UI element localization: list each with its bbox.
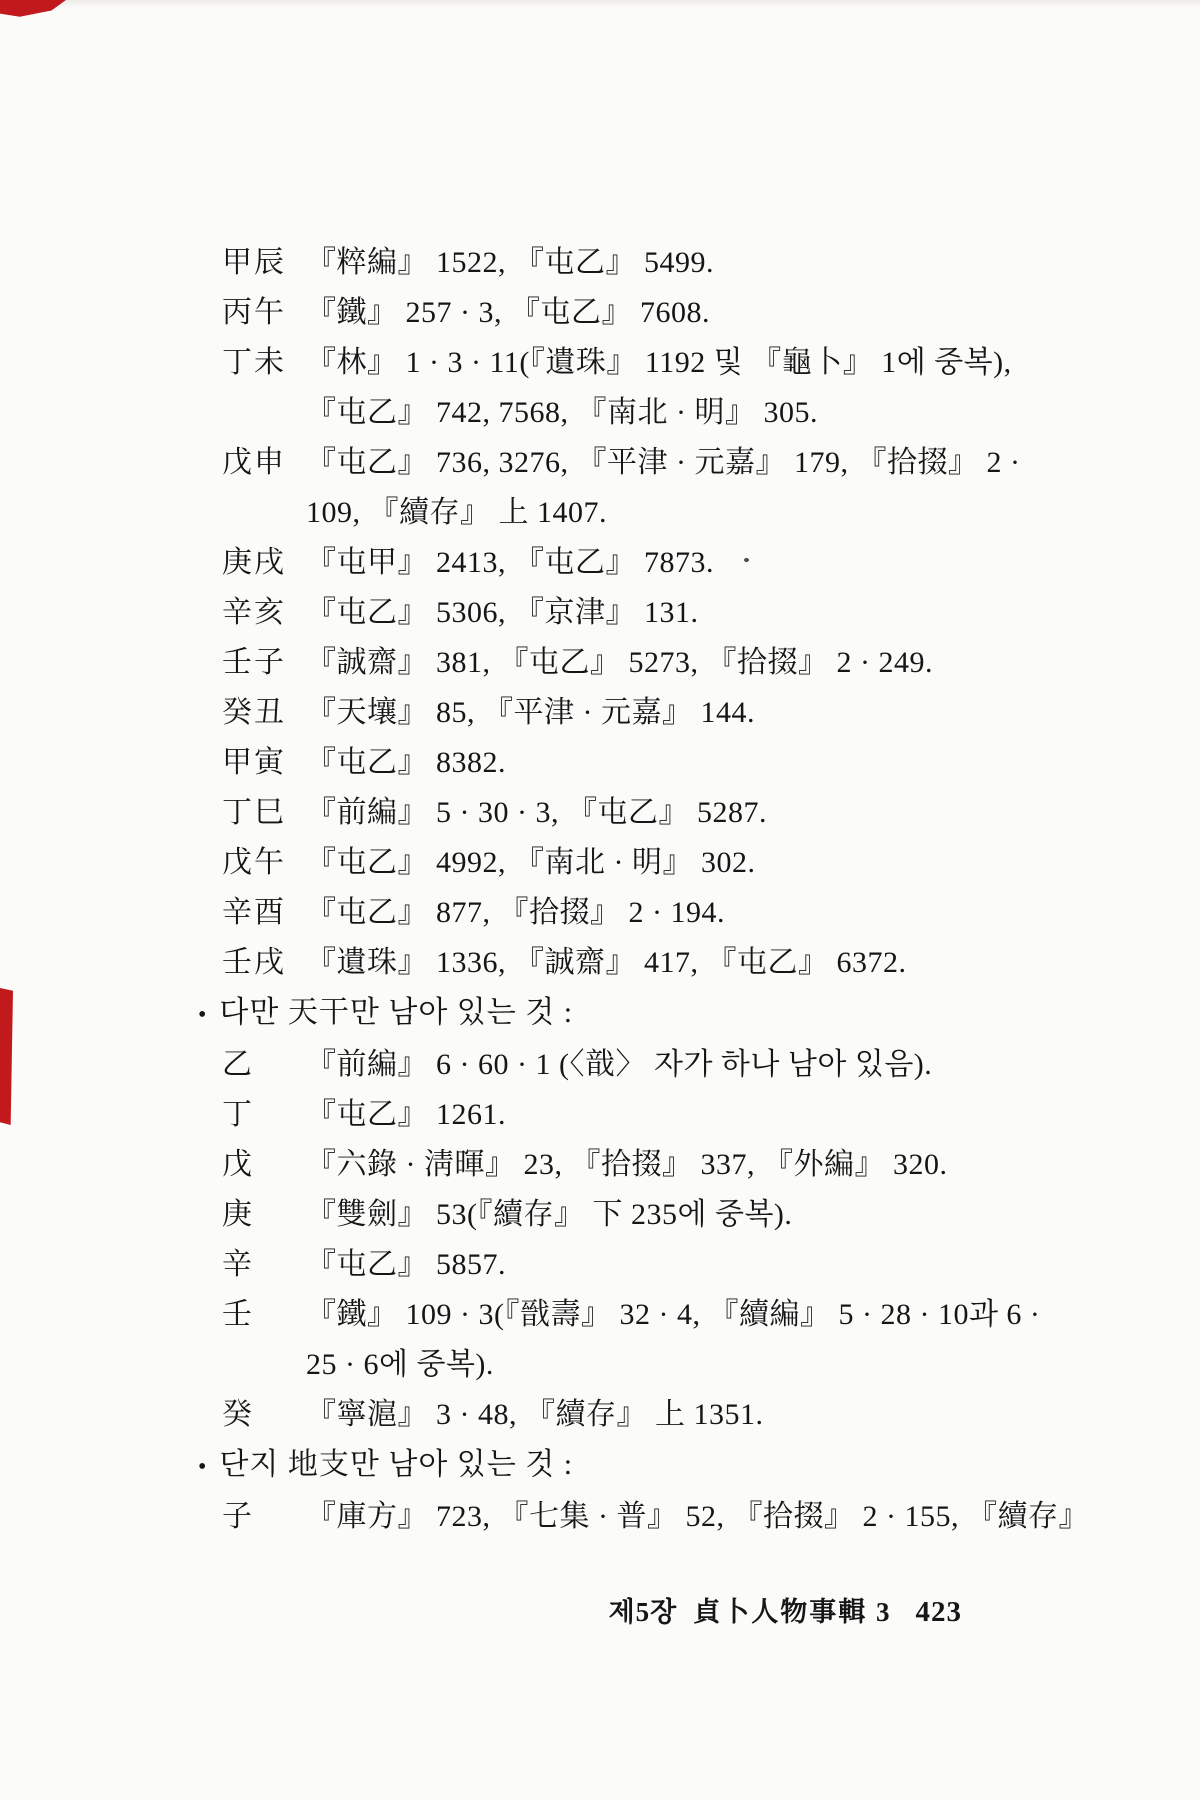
footer-book-title: 貞卜人物事輯 3	[693, 1590, 891, 1629]
entry-row: 子『庫方』 723, 『七集 · 普』 52, 『拾掇』 2 · 155, 『續…	[0, 1492, 1040, 1542]
entry-row: 戊『六錄 · 淸暉』 23, 『拾掇』 337, 『外編』 320.	[0, 1140, 1040, 1190]
ganzhi-label: 子	[222, 1492, 306, 1542]
entry-row: 庚戌『屯甲』 2413, 『屯乙』 7873.	[0, 538, 1040, 588]
entry-references: 『六錄 · 淸暉』 23, 『拾掇』 337, 『外編』 320.	[306, 1140, 1040, 1190]
bullet-text: 단지 地支만 남아 있는 것 :	[219, 1440, 573, 1490]
entry-row: 戊申『屯乙』 736, 3276, 『平津 · 元嘉』 179, 『拾掇』 2 …	[0, 438, 1040, 538]
entry-row: 甲辰『粹編』 1522, 『屯乙』 5499.	[0, 238, 1040, 288]
entry-references: 『前編』 6 · 60 · 1 (〈戠〉 자가 하나 남아 있음).	[306, 1040, 1040, 1090]
scan-artifact-top-left	[0, 0, 66, 19]
entry-references: 『林』 1 · 3 · 11(『遺珠』 1192 및 『龜卜』 1에 중복),『…	[306, 338, 1040, 438]
entry-references: 『寧滬』 3 · 48, 『續存』 上 1351.	[306, 1390, 1040, 1440]
entry-references: 『誠齋』 381, 『屯乙』 5273, 『拾掇』 2 · 249.	[306, 638, 1040, 688]
reference-line: 『六錄 · 淸暉』 23, 『拾掇』 337, 『外編』 320.	[306, 1140, 1040, 1190]
ganzhi-label: 乙	[222, 1040, 306, 1090]
entry-row: 戊午『屯乙』 4992, 『南北 · 明』 302.	[0, 838, 1040, 888]
reference-line: 『屯乙』 736, 3276, 『平津 · 元嘉』 179, 『拾掇』 2 ·	[306, 438, 1040, 488]
ganzhi-label: 丁未	[222, 338, 306, 388]
ganzhi-label: 戊申	[222, 438, 306, 488]
entry-references: 『屯乙』 877, 『拾掇』 2 · 194.	[306, 888, 1040, 938]
entry-row: 庚『雙劍』 53(『續存』 下 235에 중복).	[0, 1190, 1040, 1240]
footer-page-number: 423	[916, 1596, 963, 1629]
ganzhi-label: 壬戌	[222, 938, 306, 988]
reference-line: 『屯乙』 5306, 『京津』 131.	[306, 588, 1040, 638]
reference-line: 『粹編』 1522, 『屯乙』 5499.	[306, 238, 1040, 288]
ganzhi-label: 丙午	[222, 288, 306, 338]
ganzhi-label: 戊	[222, 1140, 306, 1190]
entry-row: 丁『屯乙』 1261.	[0, 1090, 1040, 1140]
entry-references: 『屯乙』 4992, 『南北 · 明』 302.	[306, 838, 1040, 888]
reference-line: 109, 『續存』 上 1407.	[306, 488, 1040, 538]
reference-line: 『屯乙』 8382.	[306, 738, 1040, 788]
bullet-heading: •단지 地支만 남아 있는 것 :	[198, 1440, 1040, 1492]
reference-line: 『屯乙』 877, 『拾掇』 2 · 194.	[306, 888, 1040, 938]
reference-line: 『屯乙』 742, 7568, 『南北 · 明』 305.	[306, 388, 1040, 438]
bullet-heading: •다만 天干만 남아 있는 것 :	[198, 988, 1040, 1040]
entry-references: 『遺珠』 1336, 『誠齋』 417, 『屯乙』 6372.	[306, 938, 1040, 988]
entry-references: 『庫方』 723, 『七集 · 普』 52, 『拾掇』 2 · 155, 『續存…	[306, 1492, 1040, 1542]
ganzhi-label: 甲寅	[222, 738, 306, 788]
entry-references: 『鐵』 109 · 3(『戩壽』 32 · 4, 『續編』 5 · 28 · 1…	[306, 1290, 1040, 1390]
ganzhi-label: 壬子	[222, 638, 306, 688]
entry-row: 壬『鐵』 109 · 3(『戩壽』 32 · 4, 『續編』 5 · 28 · …	[0, 1290, 1040, 1390]
ganzhi-label: 辛	[222, 1240, 306, 1290]
entry-references: 『前編』 5 · 30 · 3, 『屯乙』 5287.	[306, 788, 1040, 838]
bullet-icon: •	[198, 1442, 207, 1492]
entry-row: 丁巳『前編』 5 · 30 · 3, 『屯乙』 5287.	[0, 788, 1040, 838]
reference-line: 『寧滬』 3 · 48, 『續存』 上 1351.	[306, 1390, 1040, 1440]
entry-row: 甲寅『屯乙』 8382.	[0, 738, 1040, 788]
bullet-text: 다만 天干만 남아 있는 것 :	[219, 988, 573, 1038]
entry-references: 『屯乙』 8382.	[306, 738, 1040, 788]
entry-references: 『屯乙』 5306, 『京津』 131.	[306, 588, 1040, 638]
entry-references: 『屯乙』 736, 3276, 『平津 · 元嘉』 179, 『拾掇』 2 ·1…	[306, 438, 1040, 538]
reference-line: 『鐵』 109 · 3(『戩壽』 32 · 4, 『續編』 5 · 28 · 1…	[306, 1290, 1040, 1340]
entry-row: 辛『屯乙』 5857.	[0, 1240, 1040, 1290]
entry-references: 『鐵』 257 · 3, 『屯乙』 7608.	[306, 288, 1040, 338]
reference-line: 『前編』 5 · 30 · 3, 『屯乙』 5287.	[306, 788, 1040, 838]
entry-row: 癸『寧滬』 3 · 48, 『續存』 上 1351.	[0, 1390, 1040, 1440]
reference-entry-list: 甲辰『粹編』 1522, 『屯乙』 5499.丙午『鐵』 257 · 3, 『屯…	[0, 238, 1040, 1542]
entry-row: 辛酉『屯乙』 877, 『拾掇』 2 · 194.	[0, 888, 1040, 938]
entry-references: 『雙劍』 53(『續存』 下 235에 중복).	[306, 1190, 1040, 1240]
ganzhi-label: 戊午	[222, 838, 306, 888]
reference-line: 『遺珠』 1336, 『誠齋』 417, 『屯乙』 6372.	[306, 938, 1040, 988]
entry-references: 『粹編』 1522, 『屯乙』 5499.	[306, 238, 1040, 288]
entry-references: 『屯乙』 1261.	[306, 1090, 1040, 1140]
entry-row: 壬子『誠齋』 381, 『屯乙』 5273, 『拾掇』 2 · 249.	[0, 638, 1040, 688]
entry-row: 丁未『林』 1 · 3 · 11(『遺珠』 1192 및 『龜卜』 1에 중복)…	[0, 338, 1040, 438]
reference-line: 『林』 1 · 3 · 11(『遺珠』 1192 및 『龜卜』 1에 중복),	[306, 338, 1040, 388]
ganzhi-label: 丁巳	[222, 788, 306, 838]
bullet-icon: •	[198, 990, 207, 1040]
reference-line: 25 · 6에 중복).	[306, 1340, 1040, 1390]
ganzhi-label: 庚戌	[222, 538, 306, 588]
entry-row: 癸丑『天壤』 85, 『平津 · 元嘉』 144.	[0, 688, 1040, 738]
entry-row: 丙午『鐵』 257 · 3, 『屯乙』 7608.	[0, 288, 1040, 338]
reference-line: 『鐵』 257 · 3, 『屯乙』 7608.	[306, 288, 1040, 338]
reference-line: 『屯乙』 5857.	[306, 1240, 1040, 1290]
reference-line: 『屯乙』 1261.	[306, 1090, 1040, 1140]
ganzhi-label: 癸	[222, 1390, 306, 1440]
reference-line: 『誠齋』 381, 『屯乙』 5273, 『拾掇』 2 · 249.	[306, 638, 1040, 688]
footer-chapter-label: 제5장	[609, 1590, 678, 1629]
entry-references: 『屯甲』 2413, 『屯乙』 7873.	[306, 538, 1040, 588]
entry-references: 『天壤』 85, 『平津 · 元嘉』 144.	[306, 688, 1040, 738]
ganzhi-label: 癸丑	[222, 688, 306, 738]
entry-row: 辛亥『屯乙』 5306, 『京津』 131.	[0, 588, 1040, 638]
ganzhi-label: 庚	[222, 1190, 306, 1240]
reference-line: 『庫方』 723, 『七集 · 普』 52, 『拾掇』 2 · 155, 『續存…	[306, 1492, 1040, 1542]
page-footer: 제5장 貞卜人物事輯 3 423	[609, 1590, 962, 1629]
reference-line: 『天壤』 85, 『平津 · 元嘉』 144.	[306, 688, 1040, 738]
ganzhi-label: 辛亥	[222, 588, 306, 638]
reference-line: 『雙劍』 53(『續存』 下 235에 중복).	[306, 1190, 1040, 1240]
entry-row: 乙『前編』 6 · 60 · 1 (〈戠〉 자가 하나 남아 있음).	[0, 1040, 1040, 1090]
reference-line: 『屯乙』 4992, 『南北 · 明』 302.	[306, 838, 1040, 888]
scan-edge-shadow	[0, 0, 1200, 8]
ganzhi-label: 壬	[222, 1290, 306, 1340]
entry-references: 『屯乙』 5857.	[306, 1240, 1040, 1290]
reference-line: 『前編』 6 · 60 · 1 (〈戠〉 자가 하나 남아 있음).	[306, 1040, 1040, 1090]
ganzhi-label: 辛酉	[222, 888, 306, 938]
entry-row: 壬戌『遺珠』 1336, 『誠齋』 417, 『屯乙』 6372.	[0, 938, 1040, 988]
ganzhi-label: 丁	[222, 1090, 306, 1140]
reference-line: 『屯甲』 2413, 『屯乙』 7873.	[306, 538, 1040, 588]
ganzhi-label: 甲辰	[222, 238, 306, 288]
